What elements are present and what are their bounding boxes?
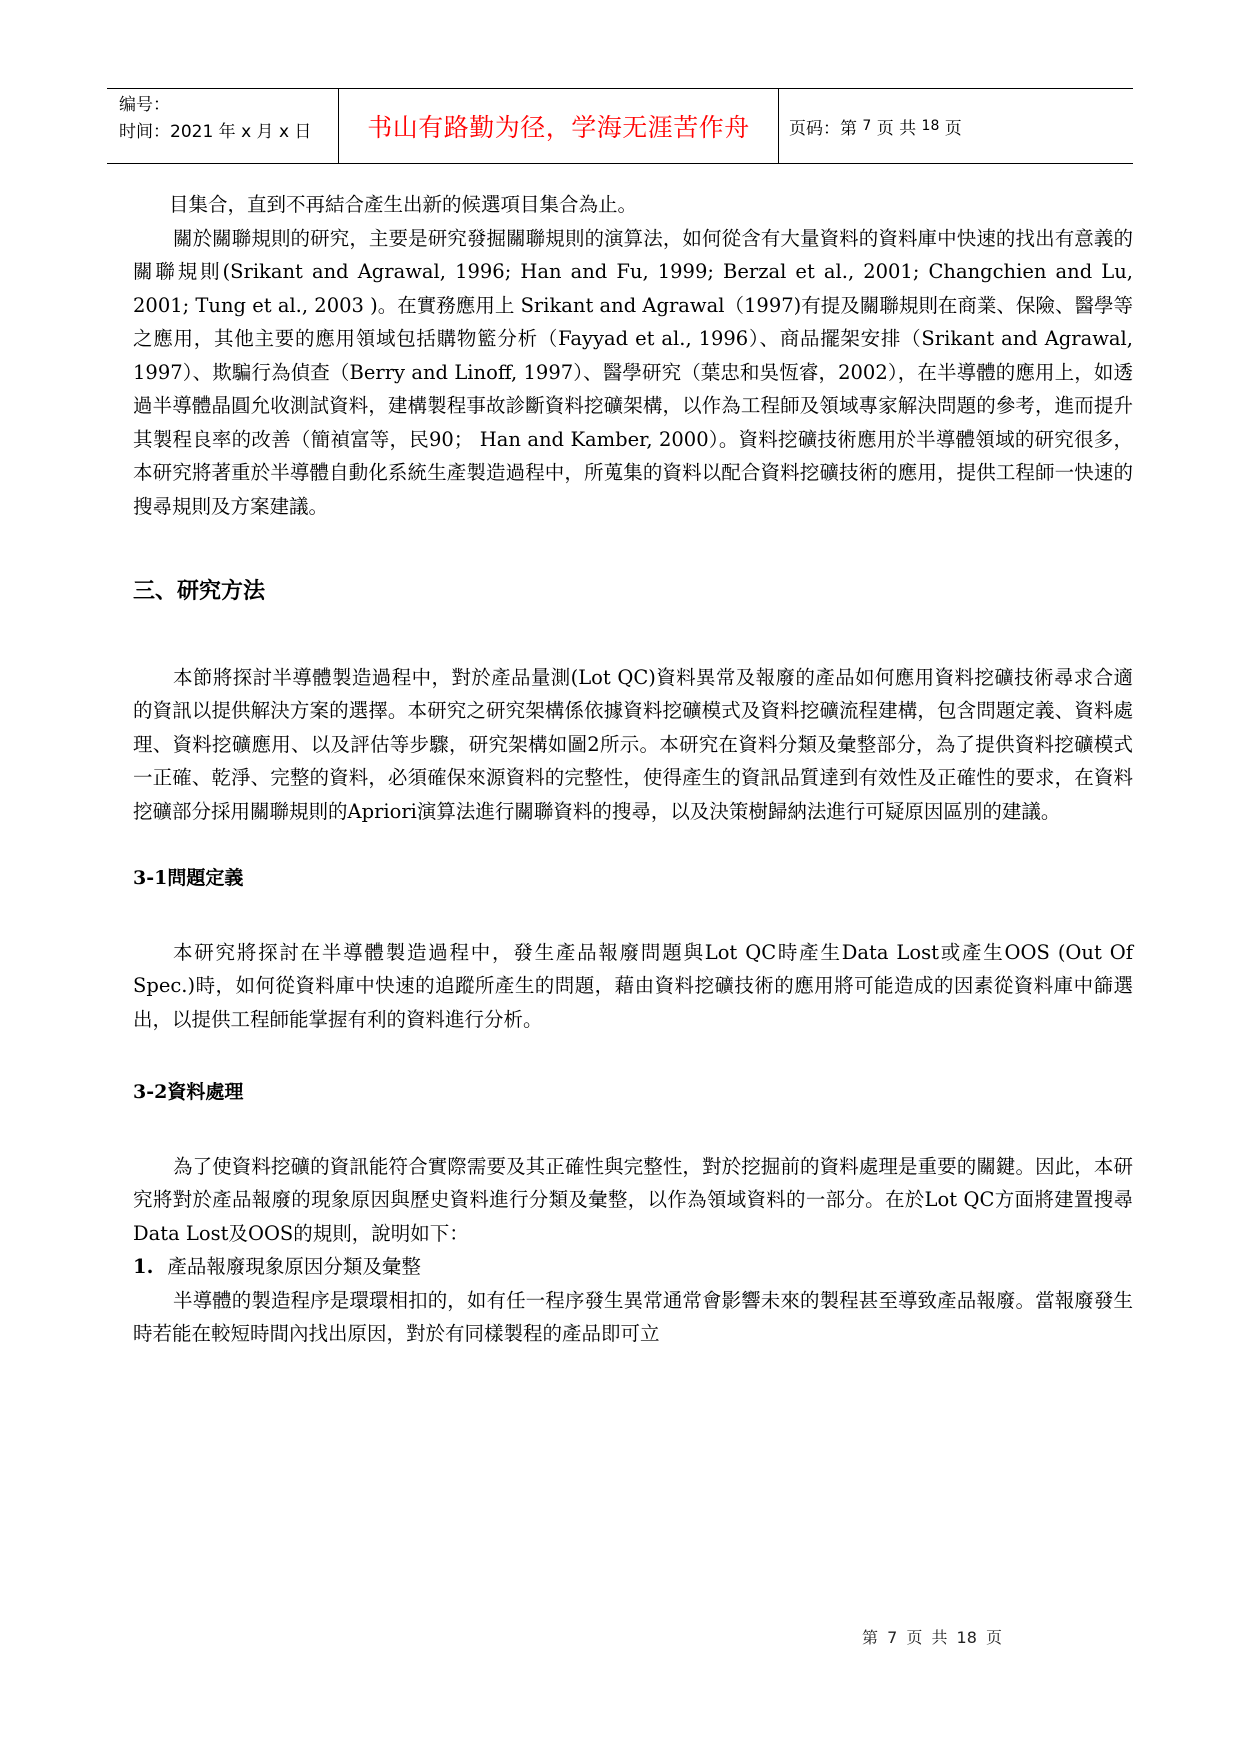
header-page-number: 页码：第 7 页 共 18 页	[779, 89, 1133, 163]
subsection-title-data-processing: 3-2資料處理	[133, 1076, 1133, 1110]
page-label-suffix: 页	[945, 114, 962, 139]
page-label-prefix: 页码：第	[789, 114, 857, 139]
document-number-label: 编号：	[119, 92, 338, 119]
page-header-table: 编号： 时间：2021 年 x 月 x 日 书山有路勤为径，学海无涯苦作舟 页码…	[107, 88, 1133, 164]
paragraph-association-rules: 關於關聯規則的研究，主要是研究發掘關聯規則的演算法，如何從含有大量資料的資料庫中…	[133, 222, 1133, 524]
header-meta-cell: 编号： 时间：2021 年 x 月 x 日	[107, 89, 339, 163]
section-title: 三、研究方法	[133, 575, 1133, 609]
list-item-number: 1.	[133, 1255, 153, 1278]
paragraph-continued: 目集合，直到不再結合產生出新的候選項目集合為止。	[133, 188, 1133, 222]
subsection-title-problem-definition: 3-1問題定義	[133, 862, 1133, 896]
document-body: 目集合，直到不再結合產生出新的候選項目集合為止。 關於關聯規則的研究，主要是研究…	[133, 188, 1133, 1351]
paragraph-problem-definition: 本研究將探討在半導體製造過程中，發生產品報廢問題與Lot QC時產生Data L…	[133, 936, 1133, 1037]
header-motto: 书山有路勤为径，学海无涯苦作舟	[339, 89, 779, 163]
page-current: 7	[862, 118, 871, 134]
document-time-label: 时间：2021 年 x 月 x 日	[119, 119, 338, 146]
page-total: 18	[922, 118, 940, 134]
list-item: 1.產品報廢現象原因分類及彙整	[133, 1250, 1133, 1284]
paragraph-data-processing: 為了使資料挖礦的資訊能符合實際需要及其正確性與完整性，對於挖掘前的資料處理是重要…	[133, 1150, 1133, 1251]
paragraph-list-item-1: 半導體的製造程序是環環相扣的，如有任一程序發生異常通常會影響未來的製程甚至導致產…	[133, 1284, 1133, 1351]
list-item-text: 產品報廢現象原因分類及彙整	[167, 1255, 421, 1278]
page-footer: 第 7 页 共 18 页	[862, 1625, 1002, 1648]
paragraph-research-method: 本節將探討半導體製造過程中，對於產品量測(Lot QC)資料異常及報廢的產品如何…	[133, 661, 1133, 829]
page-label-mid: 页 共	[877, 114, 916, 139]
